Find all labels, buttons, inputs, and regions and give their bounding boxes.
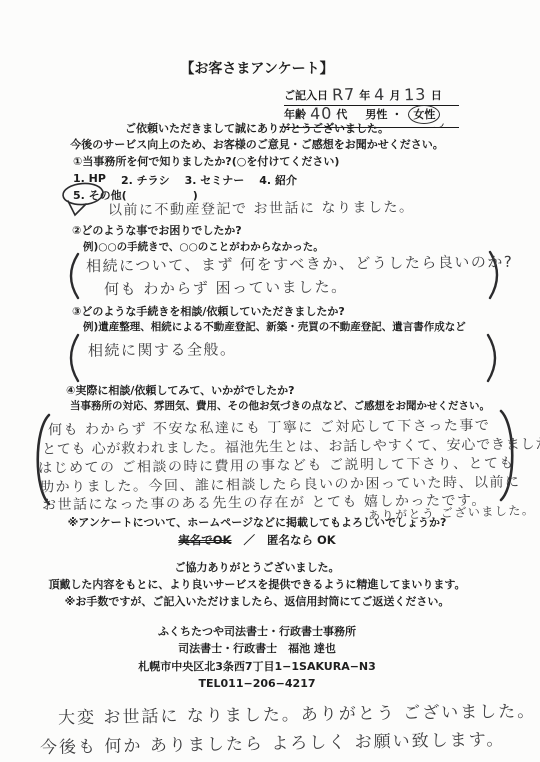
- date-label: ご記入日: [284, 87, 328, 103]
- age-suffix: 代: [336, 106, 347, 122]
- greeting-line-1: ご依頼いただきまして誠にありがとうございました。: [0, 122, 514, 136]
- q4-label: ④実際に相談/依頼してみて、いかがでしたか?: [66, 384, 295, 398]
- office-address: 札幌市中央区北3条西7丁目1−1SAKURA−N3: [0, 660, 514, 674]
- q2-label: ②どのような事でお困りでしたか?: [72, 224, 242, 238]
- q2-handwritten-line-2: 何も わからず 困っていました。: [104, 276, 348, 300]
- office-person: 司法書士・行政書士 福池 達也: [0, 642, 514, 656]
- q2-answer-bracket-left: [62, 252, 82, 300]
- date-era-value: R7: [332, 85, 356, 105]
- gender-male: 男性: [365, 106, 387, 122]
- date-day-suffix: 日: [431, 87, 442, 103]
- q1-handwritten-answer: 以前に不動産登記で お世話に なりました。: [108, 196, 415, 219]
- publish-option-anonymous: 匿名なら OK: [267, 533, 336, 547]
- q3-handwritten-answer: 相続に関する全般。: [88, 338, 237, 361]
- closing-line-2: 頂戴した内容をもとに、より良いサービスを提供できるように精進してまいります。: [0, 578, 514, 592]
- date-month-value: 4: [374, 85, 386, 104]
- q3-label: ③どのような手続きを相談/依頼していただきましたか?: [72, 305, 345, 319]
- closing-line-1: ご協力ありがとうございました。: [0, 561, 514, 575]
- publish-options: 実名でOK ／ 匿名なら OK: [0, 533, 514, 547]
- q1-label: ①当事務所を何で知りましたか?(○を付けてください): [73, 155, 339, 169]
- closing-line-3: ※お手数ですが、ご記入いただけましたら、返信用封筒にてご返送ください。: [0, 595, 514, 609]
- q1-options: 1. HP 2. チラシ 3. セミナー 4. 紹介: [73, 172, 297, 188]
- q3-answer-bracket-left: [62, 333, 82, 383]
- footer-handwritten-line-2: 今後も 何か ありましたら よろしく お願い致します。: [40, 725, 506, 758]
- publish-question: ※アンケートについて、ホームページなどに掲載してもよろしいでしょうか?: [0, 516, 514, 530]
- survey-sheet: 【お客さまアンケート】 ご記入日 R7 年 4 月 13 日 年齢 40 代 男…: [0, 0, 540, 762]
- selection-circle-icon: [58, 181, 106, 219]
- q1-option-seminar: 3. セミナー: [185, 172, 245, 188]
- office-name: ふくちたつや司法書士・行政書士事務所: [0, 625, 514, 639]
- publish-option-slash: ／: [235, 533, 263, 547]
- greeting-line-2: 今後のサービス向上のため、お客様のご意見・ご感想をお聞かせください。: [0, 138, 514, 152]
- gender-separator: ・: [391, 106, 402, 122]
- age-value: 40: [310, 104, 333, 124]
- date-year-suffix: 年: [359, 87, 370, 103]
- q2-handwritten-line-1: 相続について、まず 何をすべきか、どうしたら良いのか?: [86, 251, 514, 276]
- footer-handwritten-line-1: 大変 お世話に なりました。ありがとう ございました。: [58, 697, 537, 729]
- q4-example: 当事務所の対応、雰囲気、費用、その他お気づきの点など、ご感想をお聞かせください。: [70, 400, 490, 413]
- q3-answer-bracket-right: [484, 333, 504, 383]
- date-month-suffix: 月: [389, 87, 400, 103]
- publish-option-realname-struck: 実名でOK: [178, 533, 231, 547]
- age-label: 年齢: [284, 106, 306, 122]
- q3-example: 例)遺産整理、相続による不動産登記、新築・売買の不動産登記、遺言書作成など: [83, 321, 466, 334]
- date-day-value: 13: [404, 85, 427, 105]
- q1-option-flyer: 2. チラシ: [121, 172, 170, 188]
- office-tel: TEL011−206−4217: [0, 677, 514, 691]
- form-title: 【お客さまアンケート】: [0, 61, 514, 79]
- q1-option-referral: 4. 紹介: [259, 172, 297, 188]
